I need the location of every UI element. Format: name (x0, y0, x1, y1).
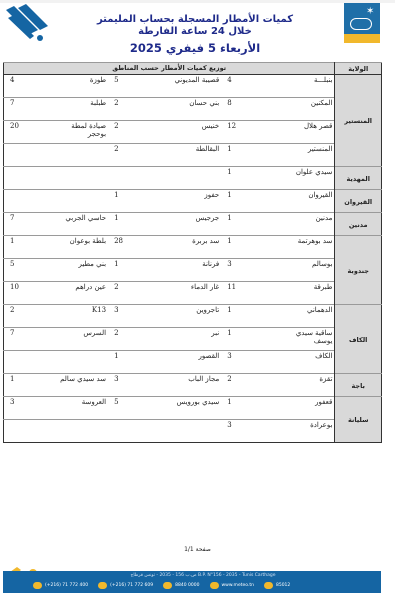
rainfall-value: 2 (221, 374, 275, 397)
station-name: سد بوهرتمة (275, 236, 334, 259)
rainfall-value: 3 (221, 259, 275, 282)
rainfall-value: 28 (108, 236, 162, 259)
station-name (49, 351, 108, 374)
station-name: بني حسان (162, 98, 221, 121)
phone-icon (98, 582, 107, 589)
station-name: بوعرادة (275, 420, 334, 443)
rainfall-value: 1 (108, 213, 162, 236)
star-icon: ✶ (366, 7, 374, 17)
rainfall-value: 12 (221, 121, 275, 144)
rainfall-value: 5 (108, 75, 162, 98)
rainfall-value: 2 (4, 305, 50, 328)
table-row: المهديةسيدي علوان1 (4, 167, 382, 190)
rainfall-value: 1 (221, 190, 275, 213)
station-name: القيروان (275, 190, 334, 213)
rainfall-value (108, 167, 162, 190)
web-icon (210, 582, 219, 589)
rainfall-value: 2 (108, 144, 162, 167)
rainfall-value (4, 351, 50, 374)
station-name (162, 420, 221, 443)
governorate-cell: القيروان (335, 190, 382, 213)
rainfall-value: 7 (4, 98, 50, 121)
station-name (49, 190, 108, 213)
table-header-row: الولاية توزيع كميات الأمطار حسب المناطق (4, 63, 382, 75)
station-name: العروسة (49, 397, 108, 420)
station-name: سيدي علوان (275, 167, 334, 190)
header-governorate: الولاية (335, 63, 382, 75)
governorate-cell: الكاف (335, 305, 382, 374)
rainfall-value: 1 (4, 236, 50, 259)
governorate-cell: المنستير (335, 75, 382, 167)
table-row: المكنين8بني حسان2طبلبة7 (4, 98, 382, 121)
rainfall-value: 1 (108, 259, 162, 282)
contact-hotline: 8840 0000 (163, 582, 199, 589)
report-title: كميات الأمطار المسجلة بحساب المليمتر (60, 14, 330, 25)
rainfall-value: 1 (221, 213, 275, 236)
contact-fax-text: (+216) 71 772 400 (45, 583, 88, 588)
governorate-cell: سليانة (335, 397, 382, 443)
meteo-logo: ✶ (344, 3, 380, 43)
table-row: باجةتقزة2مجاز الباب3سد سيدي سالم1 (4, 374, 382, 397)
rainfall-value: 7 (4, 328, 50, 351)
institute-logo-left (4, 4, 50, 44)
station-name: خنيس (162, 121, 221, 144)
cloud-icon (350, 18, 372, 30)
table-row: سليانةقعفور1سيدي بورويس5العروسة3 (4, 397, 382, 420)
rainfall-value: 1 (221, 397, 275, 420)
table-row: طبرقة11غار الدماء2عين دراهم10 (4, 282, 382, 305)
hotline-icon (163, 582, 172, 589)
station-name (162, 167, 221, 190)
rainfall-value: 5 (4, 259, 50, 282)
footer-address: ص.ب 156 - 2035 - تونس قرطاج B.P. N°156 -… (83, 573, 323, 578)
station-name: K13 (49, 305, 108, 328)
station-name: المكنين (275, 98, 334, 121)
station-name: بوسالم (275, 259, 334, 282)
station-name: طوزة (49, 75, 108, 98)
station-name: السرس (49, 328, 108, 351)
contact-web[interactable]: www.meteo.tn (210, 582, 254, 589)
rainfall-table: الولاية توزيع كميات الأمطار حسب المناطق … (3, 62, 382, 443)
rainfall-value: 11 (221, 282, 275, 305)
station-name: حفوز (162, 190, 221, 213)
table-row: المنستيربنبلـــة4قصيبة المديوني5طوزة4 (4, 75, 382, 98)
footer-contacts: (+216) 71 772 400 (+216) 71 772 609 8840… (33, 582, 290, 589)
station-name: تقزة (275, 374, 334, 397)
table-row: القيروانالقيروان1حفوز1 (4, 190, 382, 213)
rainfall-value: 3 (108, 305, 162, 328)
rainfall-value: 20 (4, 121, 50, 144)
station-name: المنستير (275, 144, 334, 167)
footer-bar: ص.ب 156 - 2035 - تونس قرطاج B.P. N°156 -… (3, 571, 381, 593)
rainfall-value: 4 (4, 75, 50, 98)
governorate-cell: المهدية (335, 167, 382, 190)
station-name: فرنانة (162, 259, 221, 282)
station-name: الكاف (275, 351, 334, 374)
contact-web-text[interactable]: www.meteo.tn (222, 583, 254, 588)
rainfall-value: 3 (221, 351, 275, 374)
station-name: صيادة لمطة بوحجر (49, 121, 108, 144)
station-name: مجاز الباب (162, 374, 221, 397)
station-name: مدنين (275, 213, 334, 236)
contact-sms-text: 85012 (276, 583, 290, 588)
governorate-cell: باجة (335, 374, 382, 397)
table-row: ساقية سيدي يوسف1نبر2السرس7 (4, 328, 382, 351)
station-name: جرجيس (162, 213, 221, 236)
rainfall-value: 3 (221, 420, 275, 443)
station-name: طبلبة (49, 98, 108, 121)
rainfall-value: 1 (221, 144, 275, 167)
table-row: مدنينمدنين1جرجيس1حاسي الجربي7 (4, 213, 382, 236)
contact-hotline-text: 8840 0000 (175, 583, 199, 588)
station-name: قصيبة المديوني (162, 75, 221, 98)
page-indicator: صفحة 1/1 (0, 546, 395, 553)
rainfall-value: 3 (4, 397, 50, 420)
station-name: تاجروين (162, 305, 221, 328)
top-bar (0, 0, 395, 3)
rainfall-value: 7 (4, 213, 50, 236)
table-row: جندوبةسد بوهرتمة1سد بربرة28بلطة بوعوان1 (4, 236, 382, 259)
station-name: طبرقة (275, 282, 334, 305)
sms-icon (264, 582, 273, 589)
rainfall-value (4, 190, 50, 213)
station-name: بنبلـــة (275, 75, 334, 98)
header-distribution: توزيع كميات الأمطار حسب المناطق (4, 63, 335, 75)
station-name (49, 167, 108, 190)
report-subtitle: خلال 24 ساعة الفارطة (60, 26, 330, 37)
table-row: قصر هلال12خنيس2صيادة لمطة بوحجر20 (4, 121, 382, 144)
station-name: حاسي الجربي (49, 213, 108, 236)
station-name: بلطة بوعوان (49, 236, 108, 259)
table-row: الكافالدهماني1تاجروين3K132 (4, 305, 382, 328)
station-name (49, 144, 108, 167)
fax-icon (33, 582, 42, 589)
governorate-cell: جندوبة (335, 236, 382, 305)
table-row: بوعرادة3 (4, 420, 382, 443)
rainfall-value (4, 144, 50, 167)
rainfall-value: 2 (108, 98, 162, 121)
rainfall-value: 1 (221, 167, 275, 190)
station-name: عين دراهم (49, 282, 108, 305)
contact-sms: 85012 (264, 582, 290, 589)
logo-band (344, 34, 380, 43)
station-name: بني مطير (49, 259, 108, 282)
station-name: سيدي بورويس (162, 397, 221, 420)
report-date: الأربعاء 5 فيفري 2025 (60, 41, 330, 55)
table-row: الكاف3القصور1 (4, 351, 382, 374)
station-name: نبر (162, 328, 221, 351)
rainfall-value: 2 (108, 121, 162, 144)
rainfall-value: 1 (108, 190, 162, 213)
table-row: المنستير1البقالطة2 (4, 144, 382, 167)
contact-phone-text: (+216) 71 772 609 (110, 583, 153, 588)
rainfall-value: 1 (221, 236, 275, 259)
rainfall-value: 3 (108, 374, 162, 397)
station-name: قصر هلال (275, 121, 334, 144)
station-name: ساقية سيدي يوسف (275, 328, 334, 351)
table-row: بوسالم3فرنانة1بني مطير5 (4, 259, 382, 282)
station-name: البقالطة (162, 144, 221, 167)
station-name: القصور (162, 351, 221, 374)
contact-fax: (+216) 71 772 400 (33, 582, 88, 589)
rainfall-value (4, 167, 50, 190)
station-name: غار الدماء (162, 282, 221, 305)
station-name: قعفور (275, 397, 334, 420)
rainfall-value: 2 (108, 328, 162, 351)
station-name: سد سيدي سالم (49, 374, 108, 397)
station-name: الدهماني (275, 305, 334, 328)
table-body: المنستيربنبلـــة4قصيبة المديوني5طوزة4الم… (4, 75, 382, 443)
rainfall-value (108, 420, 162, 443)
rainfall-value: 1 (4, 374, 50, 397)
rainfall-value: 2 (108, 282, 162, 305)
rainfall-value: 8 (221, 98, 275, 121)
rainfall-value: 10 (4, 282, 50, 305)
rainfall-value: 5 (108, 397, 162, 420)
governorate-cell: مدنين (335, 213, 382, 236)
rainfall-value: 1 (221, 328, 275, 351)
contact-phone: (+216) 71 772 609 (98, 582, 153, 589)
rainfall-value (4, 420, 50, 443)
rainfall-value: 1 (108, 351, 162, 374)
station-name (49, 420, 108, 443)
rainfall-value: 1 (221, 305, 275, 328)
rainfall-value: 4 (221, 75, 275, 98)
station-name: سد بربرة (162, 236, 221, 259)
